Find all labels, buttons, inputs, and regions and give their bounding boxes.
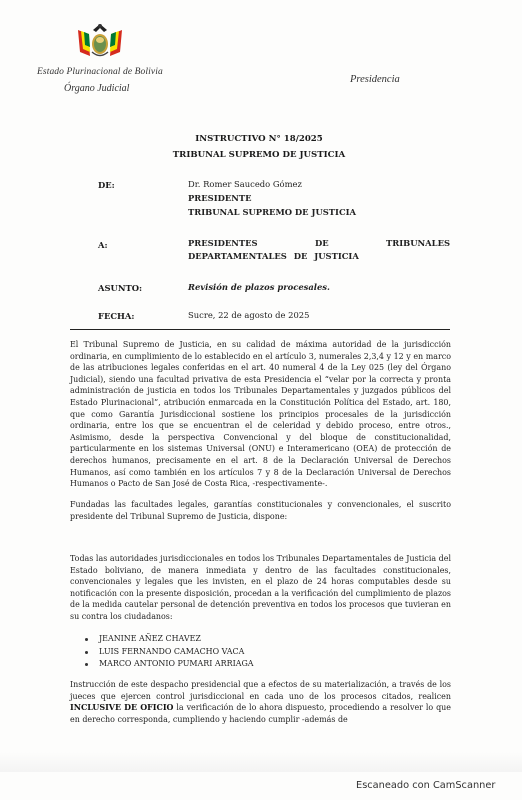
paragraph-instruction: Todas las autoridades jurisdiccionales e… (70, 553, 451, 623)
state-name: Estado Plurinacional de Bolivia (37, 67, 163, 77)
subject-value: Revisión de plazos procesales. (188, 280, 458, 294)
scanned-document-page: Estado Plurinacional de Bolivia Órgano J… (0, 0, 522, 800)
camscanner-watermark: Escaneado con CamScanner (356, 780, 495, 791)
final-text-emphasis: INCLUSIVE DE OFICIO (70, 703, 173, 712)
scan-edge-shadow (0, 752, 522, 772)
date-value: Sucre, 22 de agosto de 2025 (188, 308, 458, 322)
subject-label: ASUNTO: (98, 283, 142, 293)
from-label: DE: (98, 180, 115, 190)
list-item: MARCO ANTONIO PUMARI ARRIAGA (84, 658, 254, 671)
from-institution: TRIBUNAL SUPREMO DE JUSTICIA (188, 205, 458, 219)
list-item: LUIS FERNANDO CAMACHO VACA (84, 646, 254, 659)
list-item: JEANINE AÑEZ CHAVEZ (84, 633, 254, 646)
from-block: Dr. Romer Saucedo Gómez PRESIDENTE TRIBU… (188, 177, 458, 219)
document-subtitle: TRIBUNAL SUPREMO DE JUSTICIA (0, 150, 520, 160)
date-label: FECHA: (98, 311, 135, 321)
citizens-list: JEANINE AÑEZ CHAVEZ LUIS FERNANDO CAMACH… (84, 633, 254, 671)
organ-name: Órgano Judicial (64, 83, 129, 94)
final-text-before: Instrucción de este despacho presidencia… (70, 680, 451, 701)
from-name: Dr. Romer Saucedo Gómez (188, 177, 458, 191)
paragraph-legal-basis: El Tribunal Supremo de Justicia, en su c… (70, 339, 451, 490)
office-name: Presidencia (350, 74, 400, 85)
from-role: PRESIDENTE (188, 191, 458, 205)
separator-line (70, 329, 450, 330)
to-label: A: (98, 240, 108, 250)
coat-of-arms-icon (74, 22, 126, 60)
to-value: PRESIDENTES DE TRIBUNALES DEPARTAMENTALE… (188, 237, 450, 263)
document-title: INSTRUCTIVO N° 18/2025 (0, 134, 520, 144)
paragraph-disposition-intro: Fundadas las facultades legales, garantí… (70, 499, 451, 522)
paragraph-final-instruction: Instrucción de este despacho presidencia… (70, 679, 451, 725)
